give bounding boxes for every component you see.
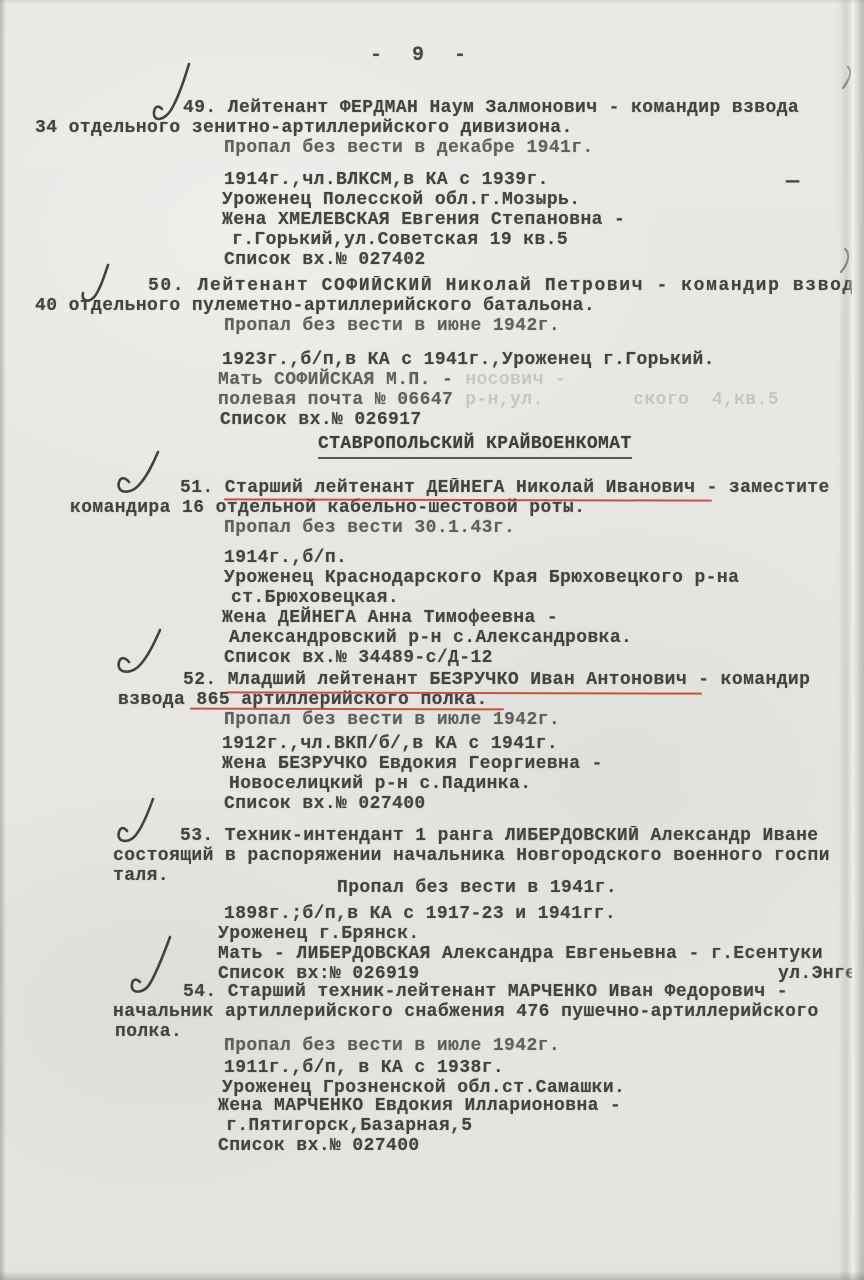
entry-line-text: ул.Энгельса,д:№ 4 — [778, 964, 852, 984]
entry-line: Александровский р-н с.Александровка. — [229, 628, 852, 648]
entry-line: Пропал без вести в июле 1942г. — [224, 710, 852, 730]
entry-line: Мать СОФИЙСКАЯ М.П. -носович - — [218, 370, 852, 390]
entry-49: 49. Лейтенант ФЕРДМАН Наум Залмонович - … — [0, 98, 852, 270]
entry-line: Уроженец Грозненской обл.ст.Самашки. — [222, 1078, 852, 1098]
entry-line: Пропал без вести в декабре 1941г. — [224, 138, 852, 158]
entry-line: 1912г.,чл.ВКП/б/,в КА с 1941г. — [222, 734, 852, 754]
entry-line: начальник артиллерийского снабжения 476 … — [113, 1002, 852, 1022]
entry-line: Пропал без вести в июле 1942г. — [224, 1036, 852, 1056]
paper-crease-mark — [838, 246, 854, 276]
page-number: - 9 - — [370, 44, 475, 67]
entry-51: 51. Старший лейтенант ДЕЙНЕГА Николай Ив… — [0, 478, 852, 668]
page-edge-bottom — [0, 1271, 864, 1280]
entry-line: Пропал без вести в июне 1942г. — [224, 316, 852, 336]
page-edge-top — [0, 0, 864, 4]
entry-line: Жена ДЕЙНЕГА Анна Тимофеевна - — [222, 608, 852, 628]
entry-line: 51. Старший лейтенант ДЕЙНЕГА Николай Ив… — [180, 478, 852, 498]
entry-line: 50. Лейтенант СОФИЙСКИЙ Николай Петрович… — [148, 276, 852, 296]
entry-line: Список вх.№ 027402 — [224, 250, 852, 270]
ghost-text: р-н,ул. ского 4,кв.5 — [465, 390, 779, 410]
entry-line: 34 отдельного зенитно-артиллерийского ди… — [35, 118, 852, 138]
section-header: СТАВРОПОЛЬСКИЙ КРАЙВОЕНКОМАТ — [318, 434, 632, 459]
ghost-text: носович - — [465, 370, 566, 390]
entry-line: командира 16 отдельной кабельно-шестовой… — [70, 498, 852, 518]
entry-line: полевая почта № 06647р-н,ул. ского 4,кв.… — [218, 390, 852, 410]
entry-line: 53. Техник-интендант 1 ранга ЛИБЕРДОВСКИ… — [180, 826, 852, 846]
entry-line-text: полевая почта № 06647 — [218, 390, 453, 410]
entry-line: таля. Пропал без вести в 1941г. — [113, 866, 852, 886]
entry-line: Жена МАРЧЕНКО Евдокия Илларионовна - — [218, 1096, 852, 1116]
entry-line: Список вх.№ 027400 — [224, 794, 852, 814]
paper-crease-mark — [840, 64, 856, 92]
entry-line: ст.Брюховецкая. — [231, 588, 852, 608]
entry-line: 1898г.;б/п,в КА с 1917-23 и 1941гг. — [224, 904, 852, 924]
entry-line: 49. Лейтенант ФЕРДМАН Наум Залмонович - … — [183, 98, 852, 118]
entry-line: Мать - ЛИБЕРДОВСКАЯ Александра Евгеньевн… — [218, 944, 852, 964]
entry-line: Список вх.№ 026917 — [220, 410, 852, 430]
entry-line: Жена ХМЕЛЕВСКАЯ Евгения Степановна - — [222, 210, 852, 230]
entry-line: Уроженец Краснодарского Края Брюховецког… — [224, 568, 852, 588]
entry-54: 54. Старший техник-лейтенант МАРЧЕНКО Ив… — [0, 982, 852, 1156]
entry-line: Уроженец Полесской обл.г.Мозырь. — [222, 190, 852, 210]
entry-line: состоящий в распоряжении начальника Новг… — [113, 846, 852, 866]
entry-line: 52. Младший лейтенант БЕЗРУЧКО Иван Анто… — [183, 670, 852, 690]
entry-line: Жена БЕЗРУЧКО Евдокия Георгиевна - — [222, 754, 852, 774]
scanned-document-page: - 9 - — 49. Лейтенант ФЕРДМАН Наум Залмо… — [0, 0, 864, 1280]
entry-line: Новоселицкий р-н с.Падинка. — [229, 774, 852, 794]
entry-line: Список вх.№ 027400 — [218, 1136, 852, 1156]
entry-line: Список вх.№ 34489-с/Д-12 — [224, 648, 852, 668]
entry-line: 1923г.,б/п,в КА с 1941г.,Уроженец г.Горь… — [222, 350, 852, 370]
entry-line: 1914г.,б/п. — [224, 548, 852, 568]
entry-line: 1914г.,чл.ВЛКСМ,в КА с 1939г. — [224, 170, 852, 190]
entry-line-text: Список вх:№ 026919 — [218, 964, 420, 984]
entry-line: Пропал без вести 30.1.43г. — [224, 518, 852, 538]
entry-line: 1911г.,б/п, в КА с 1938г. — [224, 1058, 852, 1078]
entry-line-text: таля. — [113, 866, 169, 886]
entry-line: г.Пятигорск,Базарная,5 — [226, 1116, 852, 1136]
entry-line: 54. Старший техник-лейтенант МАРЧЕНКО Ив… — [183, 982, 852, 1002]
entry-line: Уроженец г.Брянск. — [218, 924, 852, 944]
entry-50: 50. Лейтенант СОФИЙСКИЙ Николай Петрович… — [0, 276, 852, 430]
entry-53: 53. Техник-интендант 1 ранга ЛИБЕРДОВСКИ… — [0, 826, 852, 984]
entry-line-text: Мать СОФИЙСКАЯ М.П. - — [218, 370, 453, 390]
entry-line-text: Пропал без вести в 1941г. — [337, 878, 617, 898]
entry-line: 40 отдельного пулеметно-артиллерийского … — [35, 296, 852, 316]
entry-line: г.Горький,ул.Советская 19 кв.5 — [232, 230, 852, 250]
entry-line: Список вх:№ 026919 ул.Энгельса,д:№ 4 — [218, 964, 852, 984]
